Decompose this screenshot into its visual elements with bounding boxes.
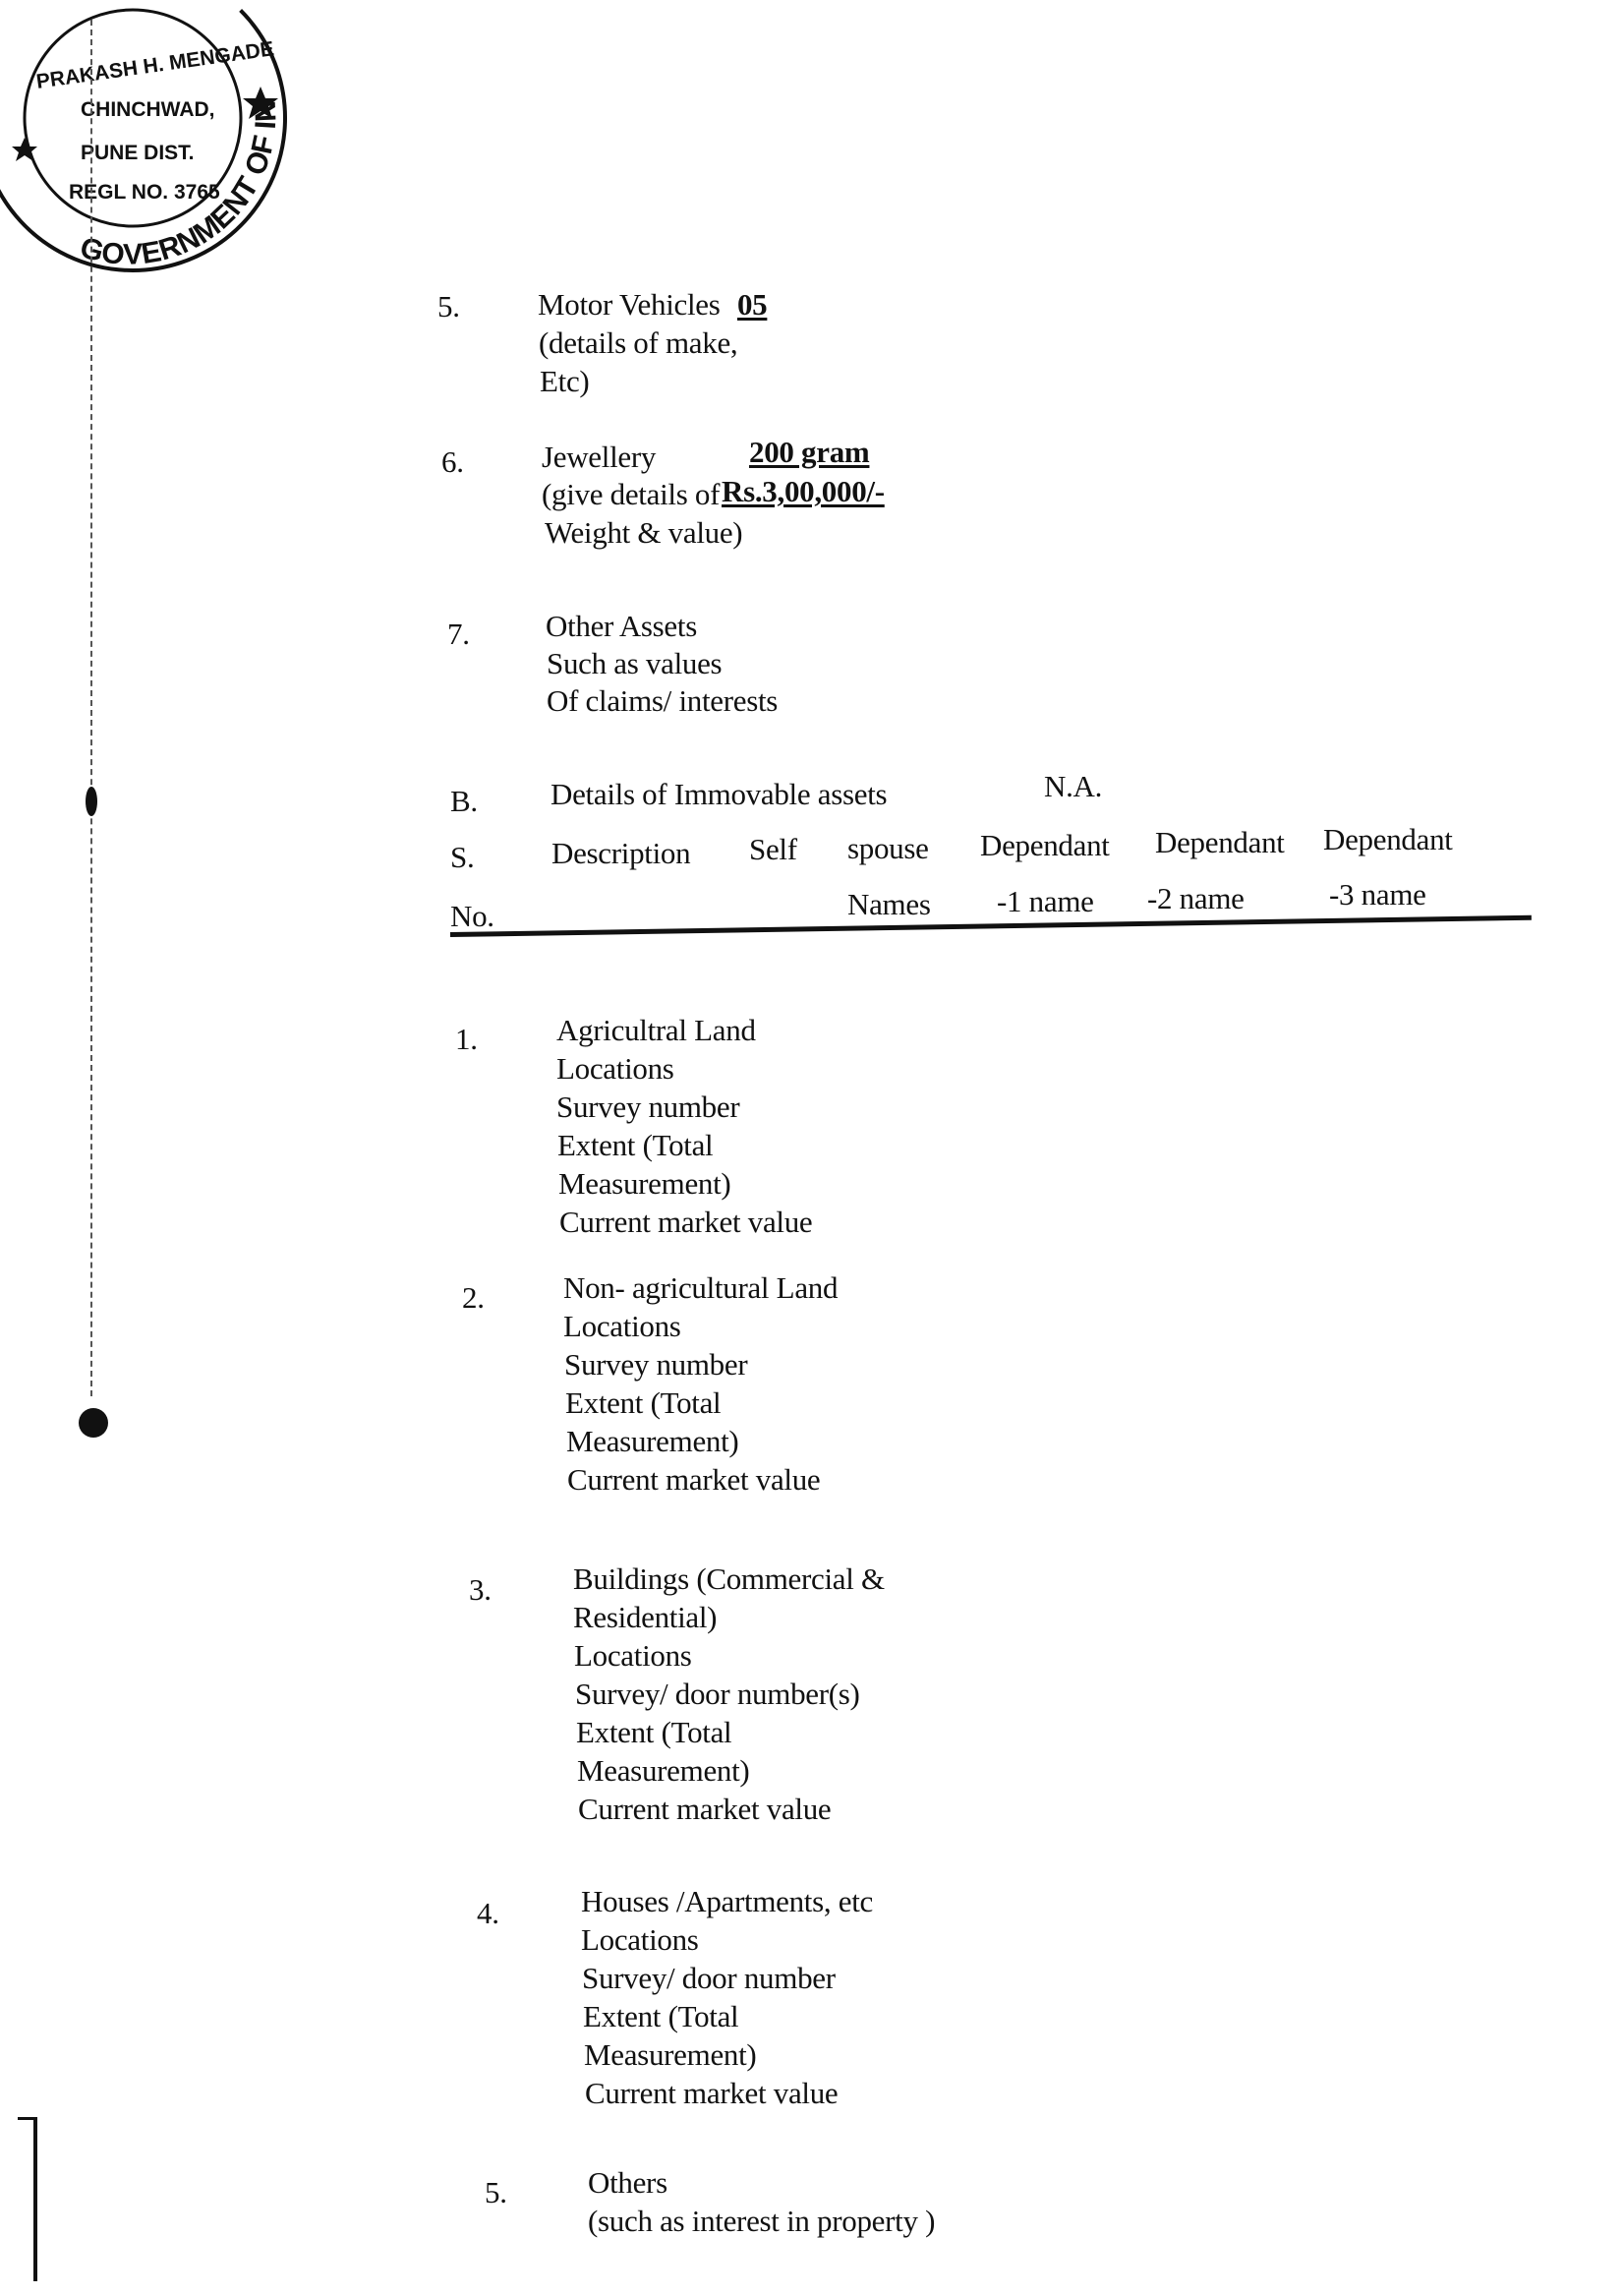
section-b-label: B. bbox=[450, 782, 478, 820]
immovable-item-buildings: Buildings (Commercial & Residential) Loc… bbox=[573, 1560, 885, 1828]
motor-vehicles-count: 05 bbox=[737, 287, 767, 322]
header-self: Self bbox=[749, 830, 797, 868]
item-label: Of claims/ interests bbox=[547, 681, 778, 720]
punch-hole-mark bbox=[86, 787, 97, 816]
item-label: Agricultral Land bbox=[556, 1011, 812, 1049]
item-label: Locations bbox=[563, 1307, 838, 1345]
immovable-item-agricultural-land: Agricultral Land Locations Survey number… bbox=[556, 1011, 812, 1241]
section-b-title: Details of Immovable assets bbox=[551, 775, 887, 813]
stamp-name: PRAKASH H. MENGADE bbox=[34, 37, 275, 93]
item-label: Current market value bbox=[567, 1460, 838, 1499]
immovable-item-non-agricultural-land: Non- agricultural Land Locations Survey … bbox=[563, 1268, 838, 1499]
header-sno-line2: No. bbox=[450, 897, 494, 935]
item-label: Locations bbox=[581, 1920, 873, 1959]
margin-mark bbox=[33, 2119, 37, 2281]
item-number: 4. bbox=[477, 1894, 499, 1932]
item-label: Measurement) bbox=[584, 2035, 873, 2074]
item-label: Extent (Total bbox=[557, 1126, 812, 1164]
header-dependant-3-line2: -3 name bbox=[1329, 875, 1426, 913]
item-motor-vehicles-title: Motor Vehicles 05 bbox=[538, 285, 767, 324]
section-b-status: N.A. bbox=[1044, 767, 1102, 805]
item-label: Extent (Total bbox=[583, 1997, 873, 2035]
item-label: Measurement) bbox=[558, 1164, 812, 1203]
header-spouse: spouse bbox=[847, 829, 929, 867]
header-dependant-1: Dependant bbox=[980, 826, 1110, 864]
item-number: 2. bbox=[462, 1278, 485, 1317]
item-label: Motor Vehicles bbox=[538, 287, 721, 322]
item-label: Current market value bbox=[559, 1203, 812, 1241]
item-label: Current market value bbox=[578, 1790, 885, 1828]
header-dependant-2: Dependant bbox=[1155, 823, 1285, 861]
item-number: 7. bbox=[447, 615, 470, 653]
item-number: 6. bbox=[441, 442, 464, 481]
item-label: Etc) bbox=[540, 362, 589, 400]
item-number: 3. bbox=[469, 1570, 492, 1609]
item-label: (such as interest in property ) bbox=[588, 2202, 935, 2240]
item-label: Others bbox=[588, 2163, 935, 2202]
item-label: Such as values bbox=[547, 644, 722, 682]
item-label: Non- agricultural Land bbox=[563, 1268, 838, 1307]
item-label: Survey/ door number bbox=[582, 1959, 873, 1997]
notary-stamp: PRAKASH H. MENGADE CHINCHWAD, PUNE DIST.… bbox=[0, 0, 315, 315]
stamp-district: PUNE DIST. bbox=[81, 142, 195, 164]
item-label: Houses /Apartments, etc bbox=[581, 1882, 873, 1920]
item-number: 5. bbox=[485, 2173, 507, 2211]
item-number: 5. bbox=[437, 287, 460, 325]
header-dependant-2-line2: -2 name bbox=[1147, 879, 1245, 917]
item-label: (give details of bbox=[542, 475, 720, 513]
jewellery-value: Rs.3,00,000/- bbox=[722, 472, 885, 510]
item-label: Survey/ door number(s) bbox=[575, 1675, 885, 1713]
stamp-city: CHINCHWAD, bbox=[81, 98, 215, 121]
header-sno: S. bbox=[450, 838, 474, 876]
immovable-item-others: Others (such as interest in property ) bbox=[588, 2163, 935, 2240]
item-label: (details of make, bbox=[539, 324, 737, 362]
item-label: Measurement) bbox=[566, 1422, 838, 1460]
immovable-item-houses-apartments: Houses /Apartments, etc Locations Survey… bbox=[581, 1882, 873, 2112]
item-label: Extent (Total bbox=[576, 1713, 885, 1751]
item-label: Buildings (Commercial & bbox=[573, 1560, 885, 1598]
table-header-rule bbox=[450, 915, 1532, 937]
item-label: Weight & value) bbox=[545, 513, 742, 552]
item-label: Residential) bbox=[573, 1598, 885, 1636]
margin-fold-line bbox=[90, 20, 92, 1396]
item-label: Survey number bbox=[556, 1088, 812, 1126]
item-label: Locations bbox=[556, 1049, 812, 1088]
item-label: Survey number bbox=[564, 1345, 838, 1383]
header-spouse-line2: Names bbox=[847, 885, 931, 923]
jewellery-weight: 200 gram bbox=[749, 433, 869, 471]
item-label: Measurement) bbox=[577, 1751, 885, 1790]
item-label: Other Assets bbox=[546, 607, 697, 645]
header-description: Description bbox=[551, 834, 690, 872]
header-dependant-3: Dependant bbox=[1323, 820, 1453, 858]
item-label: Extent (Total bbox=[565, 1383, 838, 1422]
header-dependant-1-line2: -1 name bbox=[997, 882, 1094, 920]
item-label: Locations bbox=[574, 1636, 885, 1675]
item-label: Jewellery bbox=[542, 438, 656, 476]
punch-hole-mark bbox=[79, 1408, 108, 1438]
item-label: Current market value bbox=[585, 2074, 873, 2112]
item-number: 1. bbox=[455, 1020, 478, 1058]
